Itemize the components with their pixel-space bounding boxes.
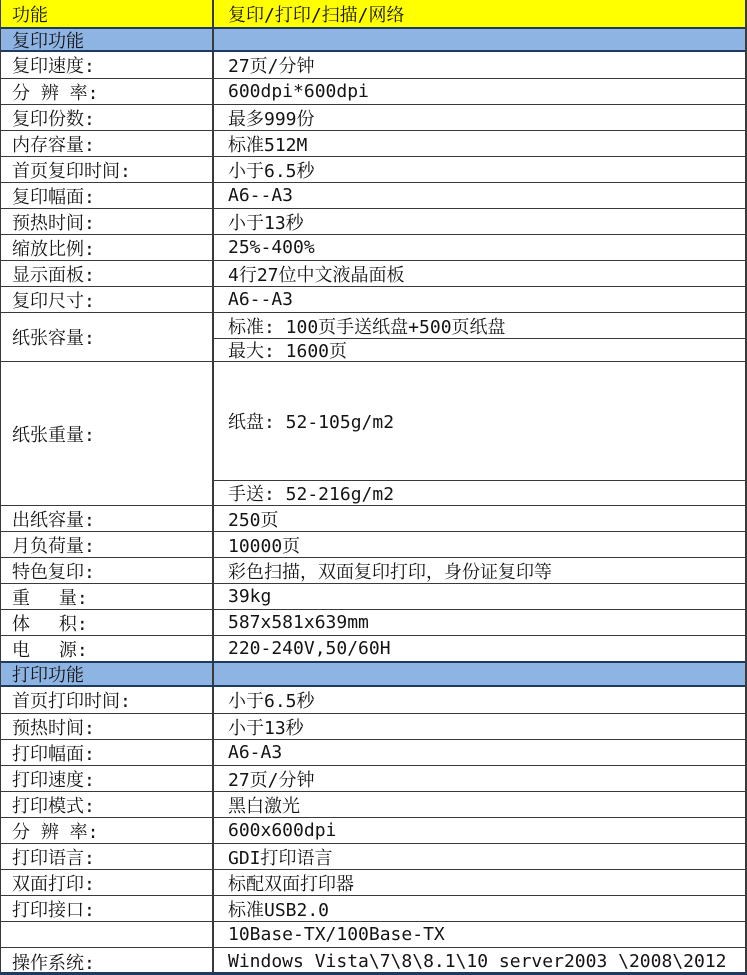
spec-label: 打印速度: xyxy=(1,766,214,791)
table-row: 首页打印时间:小于6.5秒 xyxy=(1,687,745,713)
spec-label: 操作系统: xyxy=(1,948,214,975)
table-row: 预热时间:小于13秒 xyxy=(1,208,745,234)
spec-label: 打印模式: xyxy=(1,792,214,817)
table-row: 10Base-TX/100Base-TX xyxy=(1,921,745,947)
table-row: 预热时间:小于13秒 xyxy=(1,713,745,739)
table-row: 月负荷量:10000页 xyxy=(1,531,745,557)
spec-value: A6-A3 xyxy=(214,740,745,765)
spec-value xyxy=(214,29,745,50)
spec-label: 打印接口: xyxy=(1,896,214,921)
header-value-cell: 复印/打印/扫描/网络 xyxy=(214,0,745,27)
spec-label: 首页打印时间: xyxy=(1,687,214,713)
table-row: 复印速度:27页/分钟 xyxy=(1,52,745,78)
spec-value xyxy=(214,663,745,685)
spec-value: 小于13秒 xyxy=(214,714,745,739)
table-row: 体 积:587x581x639mm xyxy=(1,609,745,635)
table-row: 操作系统:Windows Vista\7\8\8.1\10 server2003… xyxy=(1,947,745,975)
spec-label: 预热时间: xyxy=(1,714,214,739)
table-row: 打印模式:黑白激光 xyxy=(1,791,745,817)
spec-label: 复印幅面: xyxy=(1,183,214,208)
table-row: 缩放比例:25%-400% xyxy=(1,234,745,260)
spec-label: 预热时间: xyxy=(1,209,214,234)
spec-value: 标准USB2.0 xyxy=(214,896,745,921)
spec-label: 重 量: xyxy=(1,584,214,609)
spec-value: 小于13秒 xyxy=(214,209,745,234)
table-row: 特色复印:彩色扫描，双面复印打印，身份证复印等 xyxy=(1,557,745,583)
table-row: 内存容量:标准512M xyxy=(1,130,745,156)
spec-value: A6--A3 xyxy=(214,287,745,312)
spec-value: 250页 xyxy=(214,506,745,531)
spec-value: 小于6.5秒 xyxy=(214,687,745,713)
spec-value: 纸盘: 52-105g/m2 xyxy=(214,362,745,480)
spec-value: 587x581x639mm xyxy=(214,610,745,635)
spec-label: 首页复印时间: xyxy=(1,157,214,182)
table-header-row: 功能复印/打印/扫描/网络 xyxy=(1,0,745,27)
spec-value: 彩色扫描，双面复印打印，身份证复印等 xyxy=(214,558,745,583)
spec-value: 4行27位中文液晶面板 xyxy=(214,261,745,286)
spec-value: 标配双面打印器 xyxy=(214,870,745,895)
spec-label: 复印尺寸: xyxy=(1,287,214,312)
spec-label: 复印速度: xyxy=(1,52,214,78)
spec-label: 双面打印: xyxy=(1,870,214,895)
table-row: 复印幅面:A6--A3 xyxy=(1,182,745,208)
spec-value: 最大: 1600页 xyxy=(214,338,745,361)
spec-value: 手送: 52-216g/m2 xyxy=(214,480,745,505)
spec-label: 分 辨 率: xyxy=(1,818,214,843)
spec-value: 10000页 xyxy=(214,532,745,557)
spec-label: 打印语言: xyxy=(1,844,214,869)
spec-value: 10Base-TX/100Base-TX xyxy=(214,922,745,947)
spec-value: 600x600dpi xyxy=(214,818,745,843)
spec-label: 分 辨 率: xyxy=(1,79,214,104)
table-row: 打印接口:标准USB2.0 xyxy=(1,895,745,921)
spec-label: 纸张容量: xyxy=(1,313,214,361)
spec-label: 内存容量: xyxy=(1,131,214,156)
spec-label: 复印份数: xyxy=(1,105,214,130)
spec-value: 220-240V,50/60H xyxy=(214,636,745,661)
spec-value: 39kg xyxy=(214,584,745,609)
spec-label: 特色复印: xyxy=(1,558,214,583)
spec-label: 显示面板: xyxy=(1,261,214,286)
table-row: 重 量:39kg xyxy=(1,583,745,609)
spec-value: 小于6.5秒 xyxy=(214,157,745,182)
spec-label: 纸张重量: xyxy=(1,362,214,505)
table-row: 出纸容量:250页 xyxy=(1,505,745,531)
table-row: 打印速度:27页/分钟 xyxy=(1,765,745,791)
section-title-cell: 打印功能 xyxy=(1,663,214,685)
spec-label: 月负荷量: xyxy=(1,532,214,557)
spec-value: 标准512M xyxy=(214,131,745,156)
table-row: 显示面板:4行27位中文液晶面板 xyxy=(1,260,745,286)
table-row: 纸张重量:纸盘: 52-105g/m2手送: 52-216g/m2 xyxy=(1,361,745,505)
merged-value-column: 标准: 100页手送纸盘+500页纸盘最大: 1600页 xyxy=(214,313,745,361)
table-row: 双面打印:标配双面打印器 xyxy=(1,869,745,895)
section-header-row: 打印功能 xyxy=(1,661,745,687)
merged-value-column: 纸盘: 52-105g/m2手送: 52-216g/m2 xyxy=(214,362,745,505)
spec-value: Windows Vista\7\8\8.1\10 server2003 \200… xyxy=(214,948,745,975)
spec-label: 打印幅面: xyxy=(1,740,214,765)
spec-value: A6--A3 xyxy=(214,183,745,208)
table-row: 首页复印时间:小于6.5秒 xyxy=(1,156,745,182)
spec-value: 黑白激光 xyxy=(214,792,745,817)
section-title-cell: 复印功能 xyxy=(1,29,214,50)
spec-label: 电 源: xyxy=(1,636,214,661)
spec-label: 出纸容量: xyxy=(1,506,214,531)
header-feature-cell: 功能 xyxy=(1,0,214,27)
table-row: 纸张容量:标准: 100页手送纸盘+500页纸盘最大: 1600页 xyxy=(1,312,745,361)
spec-label: 体 积: xyxy=(1,610,214,635)
table-row: 打印幅面:A6-A3 xyxy=(1,739,745,765)
spec-value: GDI打印语言 xyxy=(214,844,745,869)
spec-value: 标准: 100页手送纸盘+500页纸盘 xyxy=(214,313,745,338)
spec-value: 27页/分钟 xyxy=(214,766,745,791)
table-row: 复印份数:最多999份 xyxy=(1,104,745,130)
spec-value: 27页/分钟 xyxy=(214,52,745,78)
spec-label: 缩放比例: xyxy=(1,235,214,260)
spec-value: 最多999份 xyxy=(214,105,745,130)
table-row: 分 辨 率:600x600dpi xyxy=(1,817,745,843)
table-row: 分 辨 率:600dpi*600dpi xyxy=(1,78,745,104)
table-row: 电 源:220-240V,50/60H xyxy=(1,635,745,661)
spec-label xyxy=(1,922,214,947)
printer-spec-table: 功能复印/打印/扫描/网络复印功能复印速度:27页/分钟分 辨 率:600dpi… xyxy=(0,0,747,975)
section-header-row: 复印功能 xyxy=(1,27,745,52)
spec-value: 600dpi*600dpi xyxy=(214,79,745,104)
table-row: 复印尺寸:A6--A3 xyxy=(1,286,745,312)
table-row: 打印语言:GDI打印语言 xyxy=(1,843,745,869)
spec-value: 25%-400% xyxy=(214,235,745,260)
